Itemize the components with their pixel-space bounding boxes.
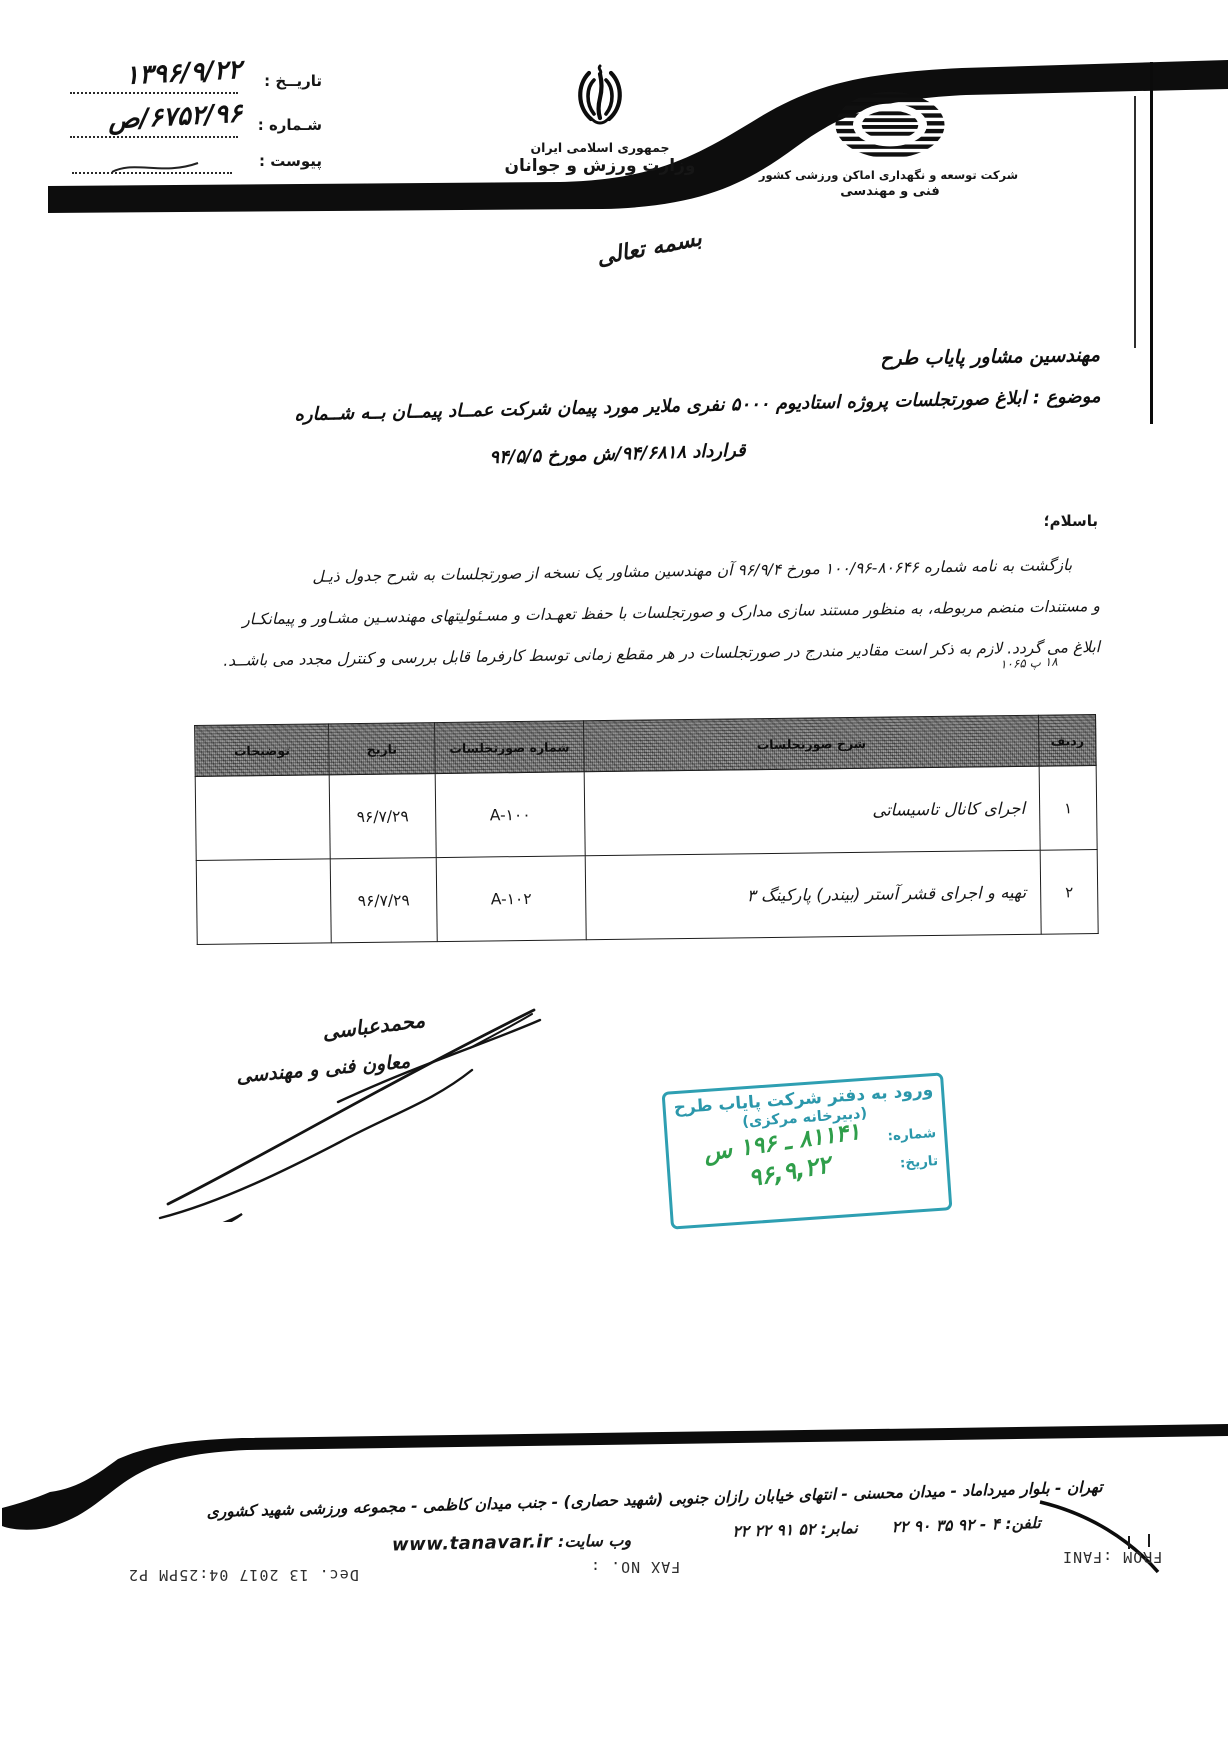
table-row: ۲ تهیه و اجرای قشر آستر (بیندر) پارکینگ … xyxy=(196,849,1098,944)
scan-artifact-line xyxy=(1134,96,1136,348)
cell-description: اجرای کانال تاسیساتی xyxy=(584,766,1040,856)
stamp-date-label: تاریخ: xyxy=(899,1153,938,1172)
cell-date: ۹۶/۷/۲۹ xyxy=(330,858,437,943)
body-line-3: ابلاغ می گردد. لازم به ذکر است مقادیر من… xyxy=(223,638,1100,670)
body-line-1: بازگشت به نامه شماره ۸۰۶۴۶-۱۰۰/۹۶ مورخ ۹… xyxy=(312,556,1072,586)
republic-title: جمهوری اسلامی ایران xyxy=(468,140,732,155)
spacer xyxy=(857,1532,891,1533)
body-line-2: و مستندات منضم مربوطه، به منظور مستند سا… xyxy=(242,597,1100,628)
minutes-table: ردیف شرح صورتجلسات شماره صورتجلسات تاریخ… xyxy=(194,714,1099,945)
letterhead-reference-block: تاریــخ : ۱۳۹۶/۹/۲۲ شـماره : ۶۷۵۲/۹۶/ص پ… xyxy=(50,58,350,182)
number-row: شـماره : ۶۷۵۲/۹۶/ص xyxy=(50,102,350,146)
dotted-line xyxy=(70,136,238,138)
letterhead-center: جمهوری اسلامی ایران وزارت ورزش و جوانان xyxy=(468,58,732,176)
pen-scribble xyxy=(110,156,200,178)
handwritten-signature xyxy=(140,952,550,1222)
salutation: باسلام؛ xyxy=(1044,512,1098,530)
scan-artifact-line xyxy=(1150,62,1153,424)
header-minutes-number: شماره صورتجلسات xyxy=(435,721,585,774)
footer-web-label: وب سایت: xyxy=(558,1530,632,1551)
date-label: تاریــخ : xyxy=(264,72,322,90)
scan-tick-mark xyxy=(1128,1536,1130,1549)
subject-line-2: قرارداد ۹۴/۶۸۱۸/ش مورخ ۹۴/۵/۵ xyxy=(489,440,746,468)
company-logo-icon xyxy=(831,88,949,162)
attachment-label: پیوست : xyxy=(259,152,322,170)
dotted-line xyxy=(70,92,238,94)
header-notes: توضیحات xyxy=(195,724,330,777)
cell-notes xyxy=(196,859,331,945)
company-unit: فنی و مهندسی xyxy=(762,184,1018,199)
table-row: ۱ اجرای کانال تاسیساتی A-۱۰۰ ۹۶/۷/۲۹ xyxy=(195,766,1097,861)
header-row-number: ردیف xyxy=(1039,715,1097,767)
header-description: شرح صورتجلسات xyxy=(584,715,1040,772)
footer-fax: نمابر: ۵۲ ۹۱ ۲۲ ۲۲ xyxy=(732,1519,858,1540)
handwritten-number: ۶۷۵۲/۹۶/ص xyxy=(107,99,243,136)
cell-description: تهیه و اجرای قشر آستر (بیندر) پارکینگ ۳ xyxy=(585,850,1041,940)
office-entry-stamp: ورود به دفتر شرکت پایاب طرح (دبیرخانه مر… xyxy=(662,1072,953,1229)
letterhead-company: شرکت توسعه و نگهداری اماکن ورزشی کشور فن… xyxy=(762,88,1018,199)
cell-row-number: ۲ xyxy=(1040,849,1098,934)
iran-emblem-icon xyxy=(568,58,632,134)
fax-from: FROM :FANI xyxy=(1062,1548,1162,1566)
handwritten-date: ۱۳۹۶/۹/۲۲ xyxy=(125,55,243,91)
footer-website-url: www.tanavar.ir xyxy=(392,1531,553,1555)
company-name: شرکت توسعه و نگهداری اماکن ورزشی کشور xyxy=(762,168,1018,182)
cell-row-number: ۱ xyxy=(1039,766,1097,851)
handwritten-margin-note: ۱۸ پ ۱۰۶۵ xyxy=(1000,655,1058,672)
number-label: شـماره : xyxy=(258,116,322,134)
cell-date: ۹۶/۷/۲۹ xyxy=(329,774,436,859)
cell-minutes-number: A-۱۰۲ xyxy=(436,856,586,942)
attachment-row: پیوست : xyxy=(50,146,350,182)
date-row: تاریــخ : ۱۳۹۶/۹/۲۲ xyxy=(50,58,350,102)
fax-number-label: FAX NO. : xyxy=(590,1558,680,1576)
header-date: تاریخ xyxy=(329,723,436,775)
ministry-title: وزارت ورزش و جوانان xyxy=(468,156,732,176)
cell-minutes-number: A-۱۰۰ xyxy=(435,772,585,858)
fax-datetime: Dec. 13 2017 04:25PM P2 xyxy=(128,1566,359,1584)
scan-tick-mark xyxy=(1148,1534,1150,1547)
cell-notes xyxy=(195,775,330,861)
subject-line-1: موضوع : ابلاغ صورتجلسات پروژه استادیوم ۵… xyxy=(294,386,1101,425)
recipient-line: مهندسین مشاور پایاب طرح xyxy=(880,344,1100,370)
scanned-fax-letter-page: تاریــخ : ۱۳۹۶/۹/۲۲ شـماره : ۶۷۵۲/۹۶/ص پ… xyxy=(0,0,1228,1742)
